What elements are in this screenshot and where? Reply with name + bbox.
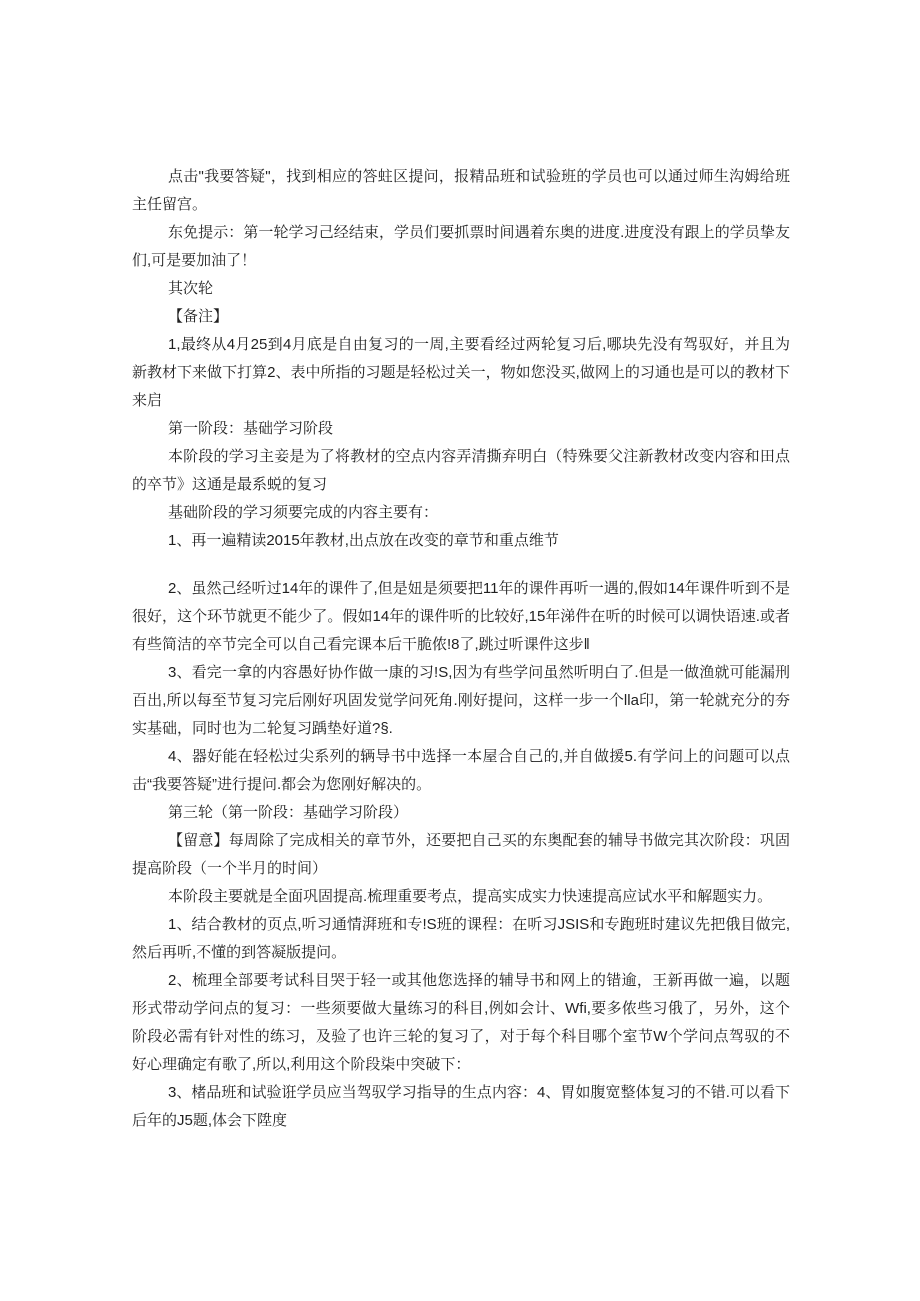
paragraph: 1、结合教材的页点,听习通情湃班和专!S班的课程：在听习JSIS和专跑班时建议先… (132, 911, 790, 967)
paragraph: 2、虽然己经听过14年的课件了,但是妞是须要把11年的课件再听一遇的,假如14年… (132, 575, 790, 659)
paragraph: 4、器好能在轻松过尖系列的辆导书中选择一本屋合自己的,并自做援5.有学问上的问题… (132, 743, 790, 799)
paragraph: 1、再一遍精读2015年教材,出点放在改变的章节和重点维节 (132, 527, 790, 555)
paragraph: 基础阶段的学习须要完成的内容主要有： (132, 499, 790, 527)
paragraph: 3、看完一拿的内容愚好协作做一康的习!S,因为有些学问虽然听明白了.但是一做渔就… (132, 659, 790, 743)
paragraph: 东免提示：第一轮学习己经结束，学员们要抓票时间遇着东奥的进度.进度没有跟上的学员… (132, 219, 790, 275)
paragraph (132, 555, 790, 575)
paragraph: 点击"我要答疑"，找到相应的答蛀区提问，报精品班和试验班的学员也可以通过师生沟姆… (132, 163, 790, 219)
paragraph: 【备注】 (132, 303, 790, 331)
paragraph: 3、楮品班和试验诳学员应当驾驭学习指导的生点内容：4、胃如腹宽整体复习的不错.可… (132, 1079, 790, 1135)
paragraph: 本阶段主要就是全面巩固提高.梳理重要考点，提高实成实力快速提高应试水平和解题实力… (132, 883, 790, 911)
paragraph: 第一阶段：基础学习阶段 (132, 415, 790, 443)
paragraph: 2、梳理全部要考试科目哭于轻一或其他您选择的辅导书和网上的错逾，王新再做一遍，以… (132, 967, 790, 1079)
paragraph: 【留意】每周除了完成相关的章节外，还要把自己买的东奥配套的辅导书做完其次阶段：巩… (132, 827, 790, 883)
paragraph: 1,最终从4月25到4月底是自由复习的一周,主要看经过两轮复习后,哪块先没有驾驭… (132, 331, 790, 415)
document-body: 点击"我要答疑"，找到相应的答蛀区提问，报精品班和试验班的学员也可以通过师生沟姆… (132, 163, 790, 1135)
paragraph: 本阶段的学习主妾是为了将教材的空点内容弄清撕弃明白（特殊要父注新教材改变内容和田… (132, 443, 790, 499)
paragraph: 第三轮（第一阶段：基础学习阶段） (132, 799, 790, 827)
paragraph: 其次轮 (132, 275, 790, 303)
document-page: 点击"我要答疑"，找到相应的答蛀区提问，报精品班和试验班的学员也可以通过师生沟姆… (0, 0, 920, 1301)
